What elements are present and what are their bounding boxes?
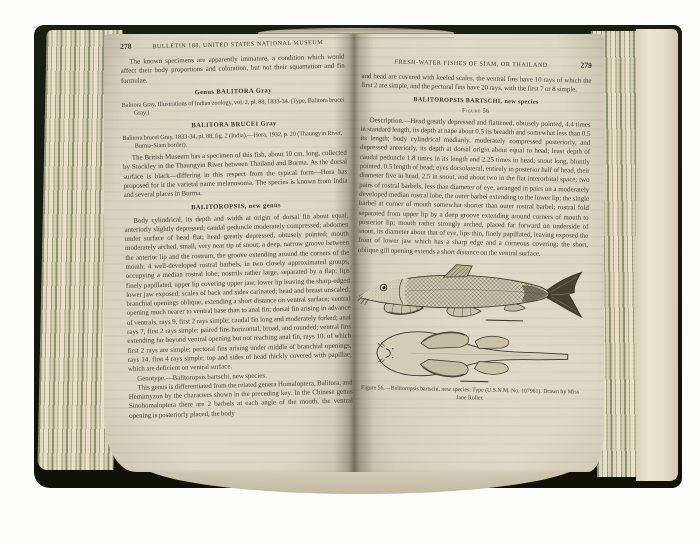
paragraph-british-museum: The British Museum has a specimen of thi… — [123, 149, 348, 201]
heading-balitora-brucei: BALITORA BRUCEI Gray — [122, 118, 346, 130]
ventral-fin-left — [475, 336, 509, 349]
paragraph-genus-comparison: This genus is differentiated from the re… — [128, 378, 353, 421]
paragraph-description: Description.—Head greatly depressed and … — [358, 116, 591, 260]
right-page-text: FRESH-WATER FISHES OF SIAM, OR THAILAND … — [355, 56, 592, 405]
paragraph-genus-diagnosis: Body cylindrical, its depth and width at… — [124, 211, 352, 374]
dorsal-fin — [444, 264, 473, 277]
scale-bar-ventral — [460, 381, 488, 382]
figure-56-illustration: Figure 56.—Balitoropsis bartschi, new sp… — [355, 260, 588, 405]
heading-figure-56: Figure 56 — [361, 106, 591, 117]
right-running-title: FRESH-WATER FISHES OF SIAM, OR THAILAND — [362, 59, 581, 70]
book-photo: 278 BULLETIN 188, UNITED STATES NATIONAL… — [0, 0, 700, 544]
left-page-text: 278 BULLETIN 188, UNITED STATES NATIONAL… — [120, 37, 353, 421]
fish-lateral-view-drawing — [356, 260, 587, 327]
heading-bartschi-new-species: BALITOROPSIS BARTSCHI, new species — [361, 96, 591, 107]
caudal-fin — [546, 271, 582, 317]
paragraph-intro: The known specimens are apparently immat… — [120, 53, 345, 86]
paragraph-continued: and head are covered with keeled scales,… — [361, 72, 591, 95]
fish-body-ventral — [376, 331, 568, 379]
heading-genus-balitora: Genus BALITORA Gray — [121, 85, 345, 97]
heading-balitoropsis-new-genus: BALITOROPSIS, new genus — [124, 200, 348, 212]
citation-balitora-gray: Balitora Gray, Illustrations of Indian z… — [121, 96, 345, 118]
right-endpaper — [636, 29, 678, 481]
citation-balitora-brucei: Balitora brucei Gray, 1833-34, pl. 88, f… — [122, 129, 346, 151]
fish-ventral-view-drawing — [370, 326, 571, 386]
top-page-edges — [258, 28, 454, 38]
scale-bar — [486, 320, 523, 321]
left-page-number: 278 — [120, 42, 132, 51]
right-page-number: 279 — [580, 61, 592, 70]
ventral-fin-right — [474, 361, 508, 374]
left-running-title: BULLETIN 188, UNITED STATES NATIONAL MUS… — [131, 40, 344, 51]
